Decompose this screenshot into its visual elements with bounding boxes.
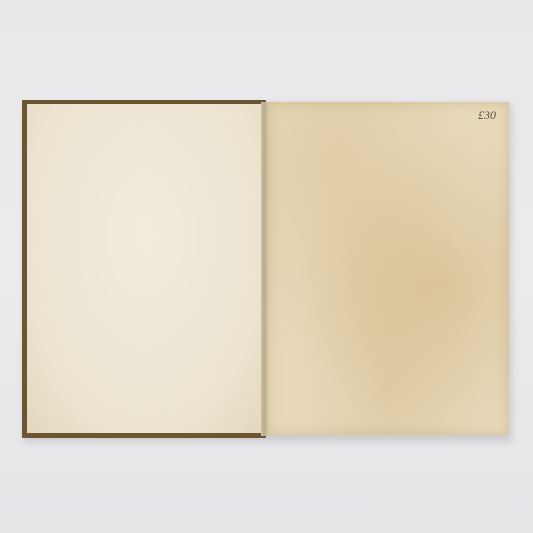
right-flyleaf <box>268 102 509 435</box>
left-endpaper <box>27 104 263 433</box>
pencil-price-note: £30 <box>478 108 496 123</box>
